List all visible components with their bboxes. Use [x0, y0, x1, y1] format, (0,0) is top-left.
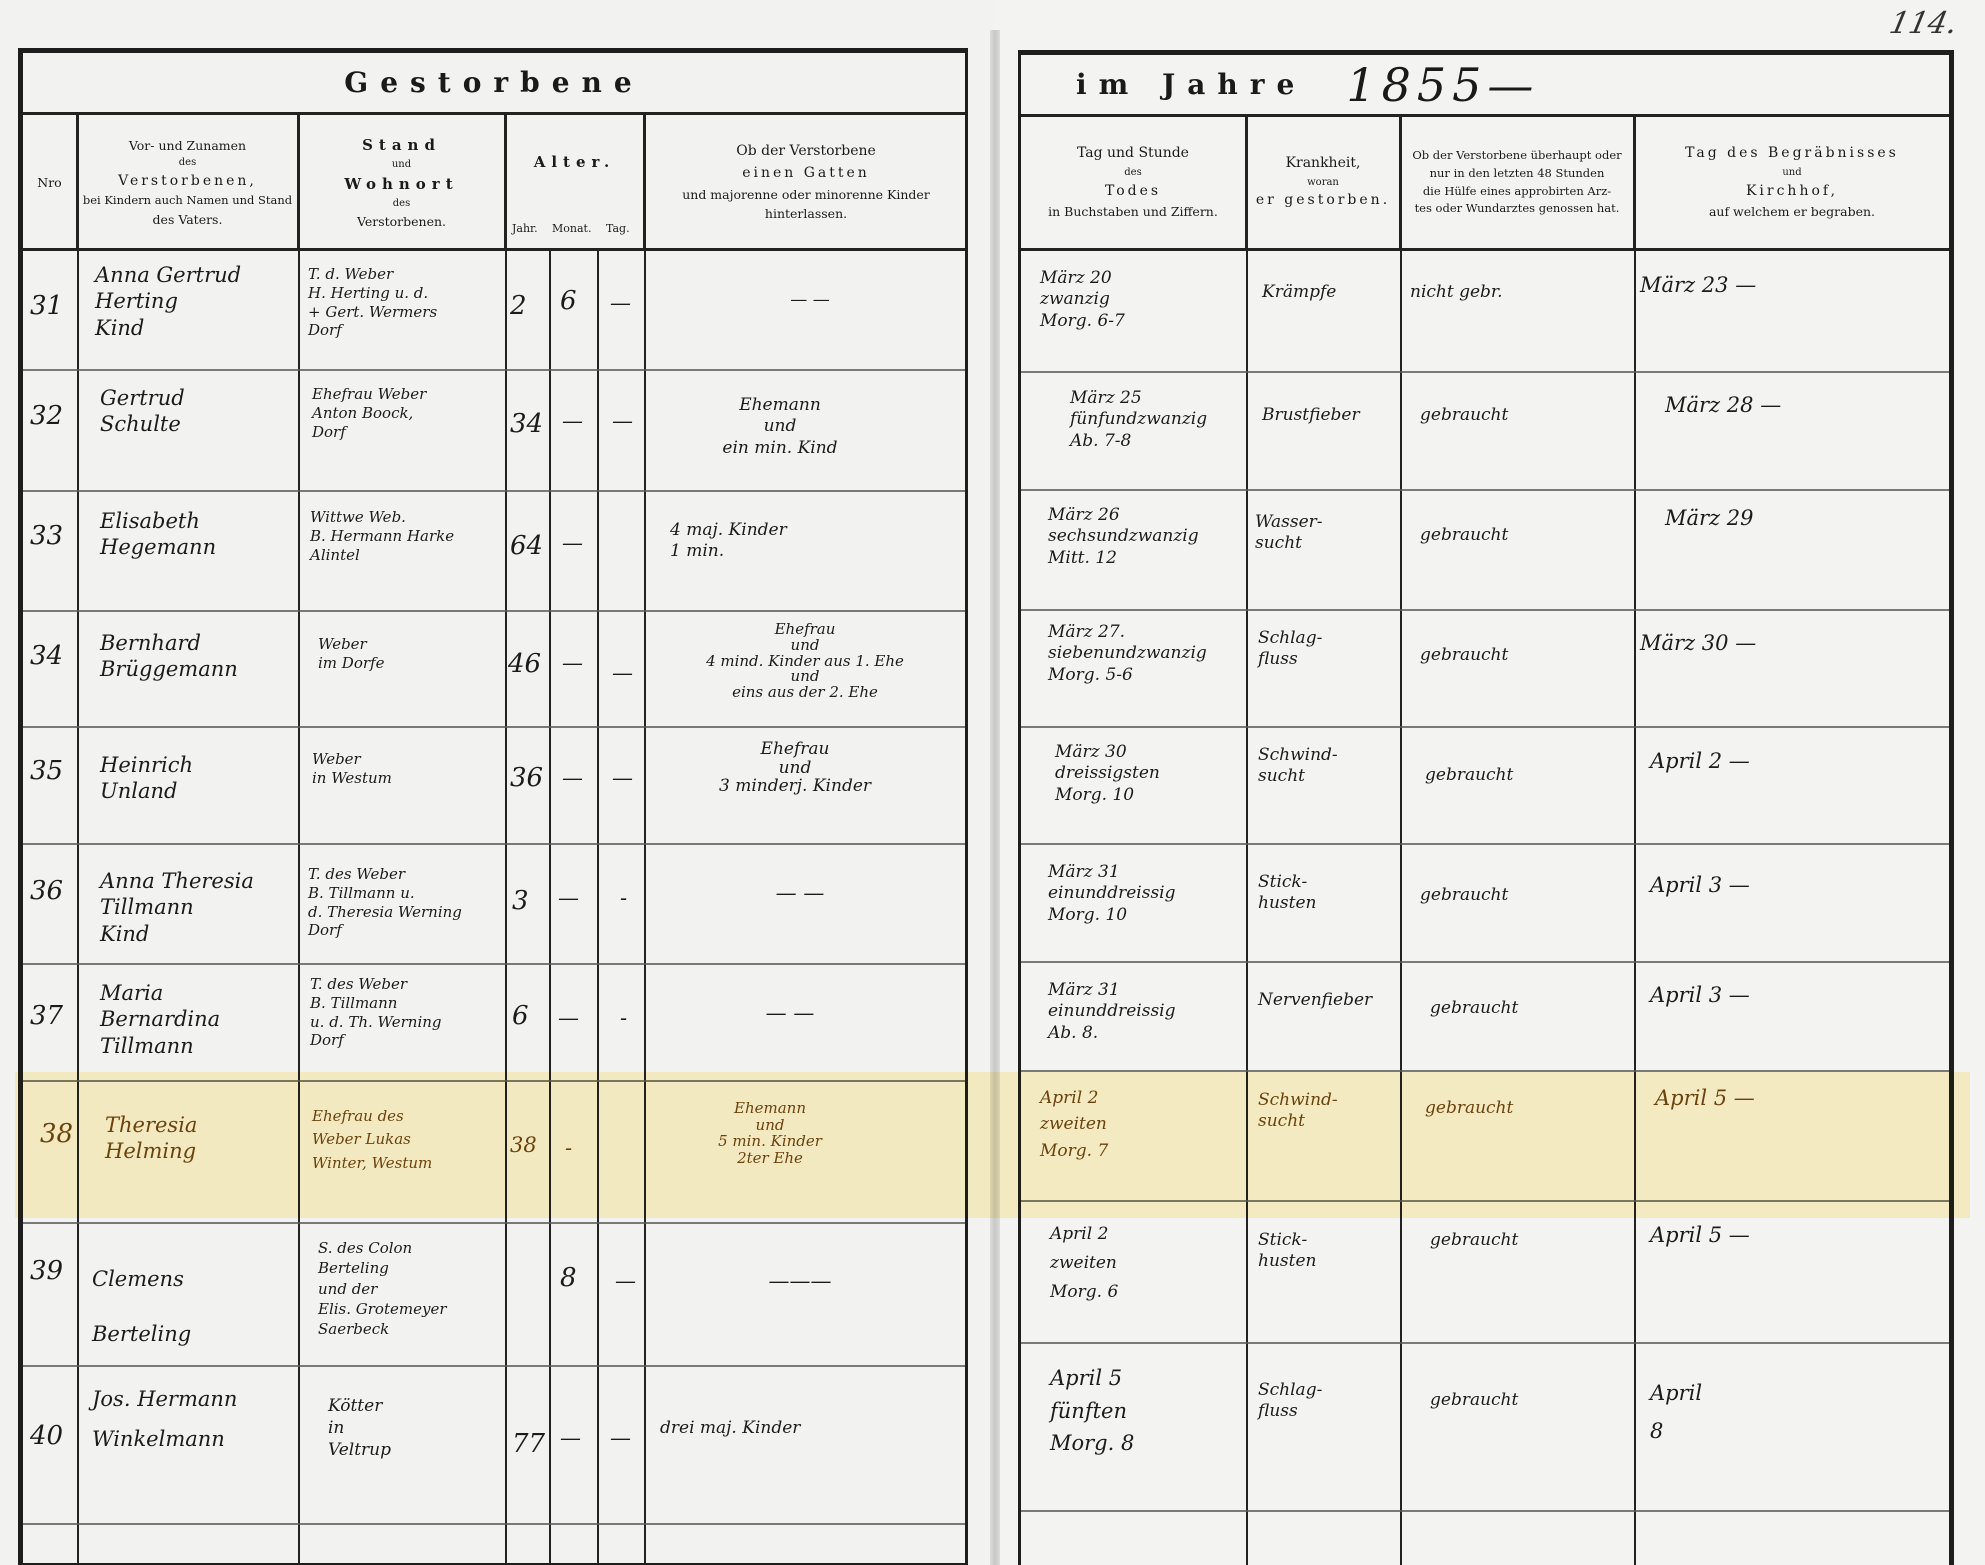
cause-of-death: Nervenfieber	[1258, 990, 1372, 1011]
physician-consulted: gebraucht	[1425, 1098, 1513, 1119]
survivors: Ehemann und 5 min. Kinder 2ter Ehe	[660, 1100, 880, 1166]
header-tag: Tag.	[606, 222, 630, 235]
deceased-name: Gertrud Schulte	[100, 385, 185, 438]
title-band-left: Gestorbene	[23, 53, 965, 115]
status-residence: Weber in Westum	[312, 750, 392, 788]
header-begraebnis-line1: Tag des Begräbnisses	[1685, 143, 1899, 165]
death-date-time: März 31 einunddreissig Morg. 10	[1048, 862, 1176, 926]
header-name-line1: Vor- und Zunamen	[129, 136, 246, 155]
death-date-time: März 26 sechsundzwanzig Mitt. 12	[1048, 505, 1199, 569]
header-krankheit: Krankheit, woran er gestorben.	[1247, 115, 1401, 250]
age-days: —	[612, 765, 633, 791]
burial-date: April 8	[1650, 1375, 1702, 1451]
deceased-name: Theresia Helming	[105, 1112, 197, 1165]
row-number: 35	[30, 755, 63, 788]
col-line	[505, 115, 507, 1565]
header-gatten-line2: einen Gatten	[742, 163, 870, 185]
death-date-time: März 30 dreissigsten Morg. 10	[1055, 742, 1160, 806]
row-number: 39	[30, 1255, 63, 1288]
death-date-time: März 31 einunddreissig Ab. 8.	[1048, 980, 1176, 1044]
status-residence: Wittwe Web. B. Hermann Harke Alintel	[310, 508, 454, 564]
header-krankheit-line2: woran	[1307, 175, 1339, 191]
page-number: 114.	[1886, 6, 1960, 41]
col-line	[77, 115, 79, 1565]
burial-date: April 2 —	[1650, 748, 1750, 774]
age-months: —	[562, 408, 583, 434]
status-residence: Ehefrau Weber Anton Boock, Dorf	[312, 385, 426, 441]
physician-consulted: gebraucht	[1430, 1230, 1518, 1251]
survivors: — —	[690, 290, 930, 311]
header-arzt-line3: die Hülfe eines approbirten Arz-	[1423, 183, 1611, 201]
col-line	[644, 115, 646, 1565]
status-residence: S. des Colon Berteling und der Elis. Gro…	[318, 1238, 447, 1339]
header-todes-line4: in Buchstaben und Ziffern.	[1048, 202, 1218, 221]
age-years: 38	[510, 1132, 537, 1158]
row-rule	[1021, 489, 1949, 491]
status-residence: T. des Weber B. Tillmann u. d. Theresia …	[308, 865, 462, 940]
burial-date: März 29	[1665, 505, 1754, 531]
status-residence: Kötter in Veltrup	[328, 1395, 391, 1461]
row-rule	[1021, 609, 1949, 611]
header-arzt: Ob der Verstorbene überhaupt oder nur in…	[1401, 115, 1635, 250]
header-begraebnis-line3: Kirchhof,	[1746, 181, 1838, 203]
header-arzt-line2: nur in den letzten 48 Stunden	[1430, 165, 1605, 183]
deceased-name: Heinrich Unland	[100, 752, 193, 805]
cause-of-death: Schwind- sucht	[1258, 1090, 1338, 1133]
col-line	[549, 250, 551, 1565]
col-line	[1400, 115, 1402, 1565]
header-arzt-line4: tes oder Wundarztes genossen hat.	[1415, 200, 1620, 218]
row-number: 34	[30, 640, 63, 673]
row-rule	[23, 1523, 965, 1525]
header-stand: Stand und Wohnort des Verstorbenen.	[299, 115, 506, 250]
burial-date: März 28 —	[1665, 392, 1781, 418]
row-rule	[23, 610, 965, 612]
row-rule	[23, 963, 965, 965]
age-days: -	[620, 1005, 627, 1031]
cause-of-death: Krämpfe	[1262, 282, 1336, 303]
survivors: — —	[680, 880, 920, 906]
age-days: —	[612, 408, 633, 434]
survivors: — —	[670, 1000, 910, 1026]
physician-consulted: gebraucht	[1420, 525, 1508, 546]
row-rule	[1021, 1070, 1949, 1072]
row-rule	[23, 1222, 965, 1224]
header-name-line2: des	[179, 155, 196, 171]
age-months: —	[562, 765, 583, 791]
deceased-name: Clemens Berteling	[92, 1252, 191, 1361]
deceased-name: Jos. Hermann Winkelmann	[92, 1380, 237, 1460]
physician-consulted: gebraucht	[1430, 998, 1518, 1019]
row-number: 40	[30, 1420, 63, 1453]
header-gatten-line1: Ob der Verstorbene	[736, 141, 876, 163]
deceased-name: Elisabeth Hegemann	[100, 508, 216, 561]
cause-of-death: Schwind- sucht	[1258, 745, 1338, 788]
physician-consulted: nicht gebr.	[1410, 282, 1503, 303]
header-stand-line4: des	[393, 196, 410, 212]
age-years: 34	[510, 408, 543, 441]
row-rule	[1021, 1200, 1949, 1202]
book-spine	[990, 30, 1000, 1565]
death-date-time: März 25 fünfundzwanzig Ab. 7-8	[1070, 388, 1207, 452]
age-days: —	[612, 660, 633, 686]
survivors: ———	[680, 1268, 920, 1294]
death-date-time: April 2 zweiten Morg. 7	[1040, 1085, 1108, 1164]
row-rule	[23, 490, 965, 492]
row-rule	[23, 726, 965, 728]
cause-of-death: Brustfieber	[1262, 405, 1360, 426]
status-residence: Weber im Dorfe	[318, 635, 384, 673]
age-months: —	[558, 1005, 579, 1031]
physician-consulted: gebraucht	[1420, 885, 1508, 906]
row-number: 37	[30, 1000, 63, 1033]
age-months: —	[562, 650, 583, 676]
survivors: 4 maj. Kinder 1 min.	[670, 520, 787, 563]
row-rule	[1021, 371, 1949, 373]
death-date-time: März 27. siebenundzwanzig Morg. 5-6	[1048, 622, 1207, 686]
burial-date: April 3 —	[1650, 872, 1750, 898]
cause-of-death: Schlag- fluss	[1258, 628, 1322, 671]
header-nr-label: Nro	[37, 173, 61, 192]
burial-date: März 30 —	[1640, 630, 1756, 656]
age-years: 6	[512, 1000, 529, 1033]
header-begraebnis-line4: auf welchem er begraben.	[1709, 202, 1875, 221]
header-begraebnis: Tag des Begräbnisses und Kirchhof, auf w…	[1635, 115, 1949, 250]
age-months: 6	[560, 285, 577, 318]
row-rule	[23, 843, 965, 845]
right-table-frame	[1018, 50, 1954, 1565]
header-name: Vor- und Zunamen des Verstorbenen, bei K…	[78, 115, 299, 250]
header-gatten: Ob der Verstorbene einen Gatten und majo…	[645, 115, 967, 250]
year-label: im Jahre	[1076, 68, 1306, 101]
physician-consulted: gebraucht	[1420, 645, 1508, 666]
row-rule	[1021, 1510, 1949, 1512]
row-rule	[1021, 843, 1949, 845]
physician-consulted: gebraucht	[1425, 765, 1513, 786]
row-number: 36	[30, 875, 63, 908]
deceased-name: Maria Bernardina Tillmann	[100, 980, 220, 1059]
header-monat: Monat.	[552, 222, 591, 235]
death-date-time: April 2 zweiten Morg. 6	[1050, 1220, 1118, 1307]
row-rule	[23, 1080, 965, 1082]
status-residence: Ehefrau des Weber Lukas Winter, Westum	[312, 1105, 432, 1175]
header-rule-right	[1021, 248, 1949, 251]
age-months: 8	[560, 1262, 577, 1295]
physician-consulted: gebraucht	[1430, 1390, 1518, 1411]
row-number: 31	[30, 290, 63, 323]
age-months: —	[558, 885, 579, 911]
header-name-line5: des Vaters.	[153, 210, 223, 229]
header-name-line4: bei Kindern auch Namen und Stand	[83, 192, 292, 210]
deceased-name: Anna Gertrud Herting Kind	[95, 262, 241, 341]
age-days: -	[620, 885, 627, 911]
age-years: 64	[510, 530, 543, 563]
deceased-name: Anna Theresia Tillmann Kind	[100, 868, 254, 947]
header-gatten-line3: und majorenne oder minorenne Kinder	[682, 185, 930, 204]
header-arzt-line1: Ob der Verstorbene überhaupt oder	[1412, 147, 1621, 165]
header-stand-line5: Verstorbenen.	[357, 212, 446, 231]
survivors: Ehefrau und 4 mind. Kinder aus 1. Ehe un…	[655, 622, 955, 701]
survivors: Ehefrau und 3 minderj. Kinder	[660, 740, 930, 796]
header-nr: Nro	[23, 115, 78, 250]
row-rule	[1021, 726, 1949, 728]
burial-date: März 23 —	[1640, 272, 1756, 298]
cause-of-death: Stick- husten	[1258, 1230, 1316, 1273]
age-months: —	[560, 1425, 581, 1451]
row-rule	[23, 369, 965, 371]
header-todes-line3: Todes	[1105, 181, 1161, 203]
row-rule	[1021, 961, 1949, 963]
col-line	[1634, 115, 1636, 1565]
header-begraebnis-line2: und	[1782, 165, 1801, 181]
cause-of-death: Schlag- fluss	[1258, 1380, 1322, 1423]
header-jahr: Jahr.	[512, 222, 538, 235]
header-stand-line3: Wohnort	[344, 173, 458, 196]
row-number: 38	[40, 1118, 73, 1151]
burial-date: April 5 —	[1655, 1085, 1755, 1111]
row-number: 33	[30, 520, 63, 553]
row-number: 32	[30, 400, 63, 433]
status-residence: T. des Weber B. Tillmann u. d. Th. Werni…	[310, 975, 442, 1050]
deceased-name: Bernhard Brüggemann	[100, 630, 238, 683]
burial-date: April 5 —	[1650, 1222, 1750, 1248]
age-months: —	[562, 530, 583, 556]
header-stand-line2: und	[392, 157, 411, 173]
row-rule	[23, 1365, 965, 1367]
header-rule-left	[23, 248, 965, 251]
header-krankheit-line3: er gestorben.	[1256, 190, 1390, 212]
survivors: Ehemann und ein min. Kind	[660, 395, 900, 459]
age-years: 3	[512, 885, 529, 918]
header-todes-line2: des	[1124, 165, 1141, 181]
document-title: Gestorbene	[344, 66, 643, 99]
age-years: 36	[510, 762, 543, 795]
year-value: 1855—	[1346, 58, 1539, 112]
header-alter-label: Alter.	[534, 151, 616, 174]
header-name-line3: Verstorbenen,	[118, 171, 257, 193]
burial-date: April 3 —	[1650, 982, 1750, 1008]
header-todes-line1: Tag und Stunde	[1077, 143, 1189, 165]
age-months: -	[565, 1135, 572, 1161]
title-band-right: im Jahre 1855—	[1021, 55, 1949, 117]
age-days: —	[615, 1268, 636, 1294]
header-stand-line1: Stand	[362, 134, 441, 157]
cause-of-death: Wasser- sucht	[1255, 512, 1323, 555]
age-days: —	[610, 290, 631, 316]
death-date-time: April 5 fünften Morg. 8	[1050, 1362, 1134, 1460]
col-line	[1246, 115, 1248, 1565]
status-residence: T. d. Weber H. Herting u. d. + Gert. Wer…	[308, 265, 437, 340]
row-rule	[1021, 1342, 1949, 1344]
physician-consulted: gebraucht	[1420, 405, 1508, 426]
cause-of-death: Stick- husten	[1258, 872, 1316, 915]
age-years: 2	[510, 290, 527, 323]
col-line	[597, 250, 599, 1565]
age-years: 77	[512, 1428, 545, 1461]
age-years: 46	[508, 648, 541, 681]
header-gatten-line4: hinterlassen.	[765, 204, 847, 223]
survivors: drei maj. Kinder	[660, 1418, 800, 1439]
death-date-time: März 20 zwanzig Morg. 6-7	[1040, 268, 1125, 332]
header-todes: Tag und Stunde des Todes in Buchstaben u…	[1021, 115, 1247, 250]
col-line	[298, 115, 300, 1565]
header-krankheit-line1: Krankheit,	[1286, 153, 1361, 175]
age-days: —	[610, 1425, 631, 1451]
